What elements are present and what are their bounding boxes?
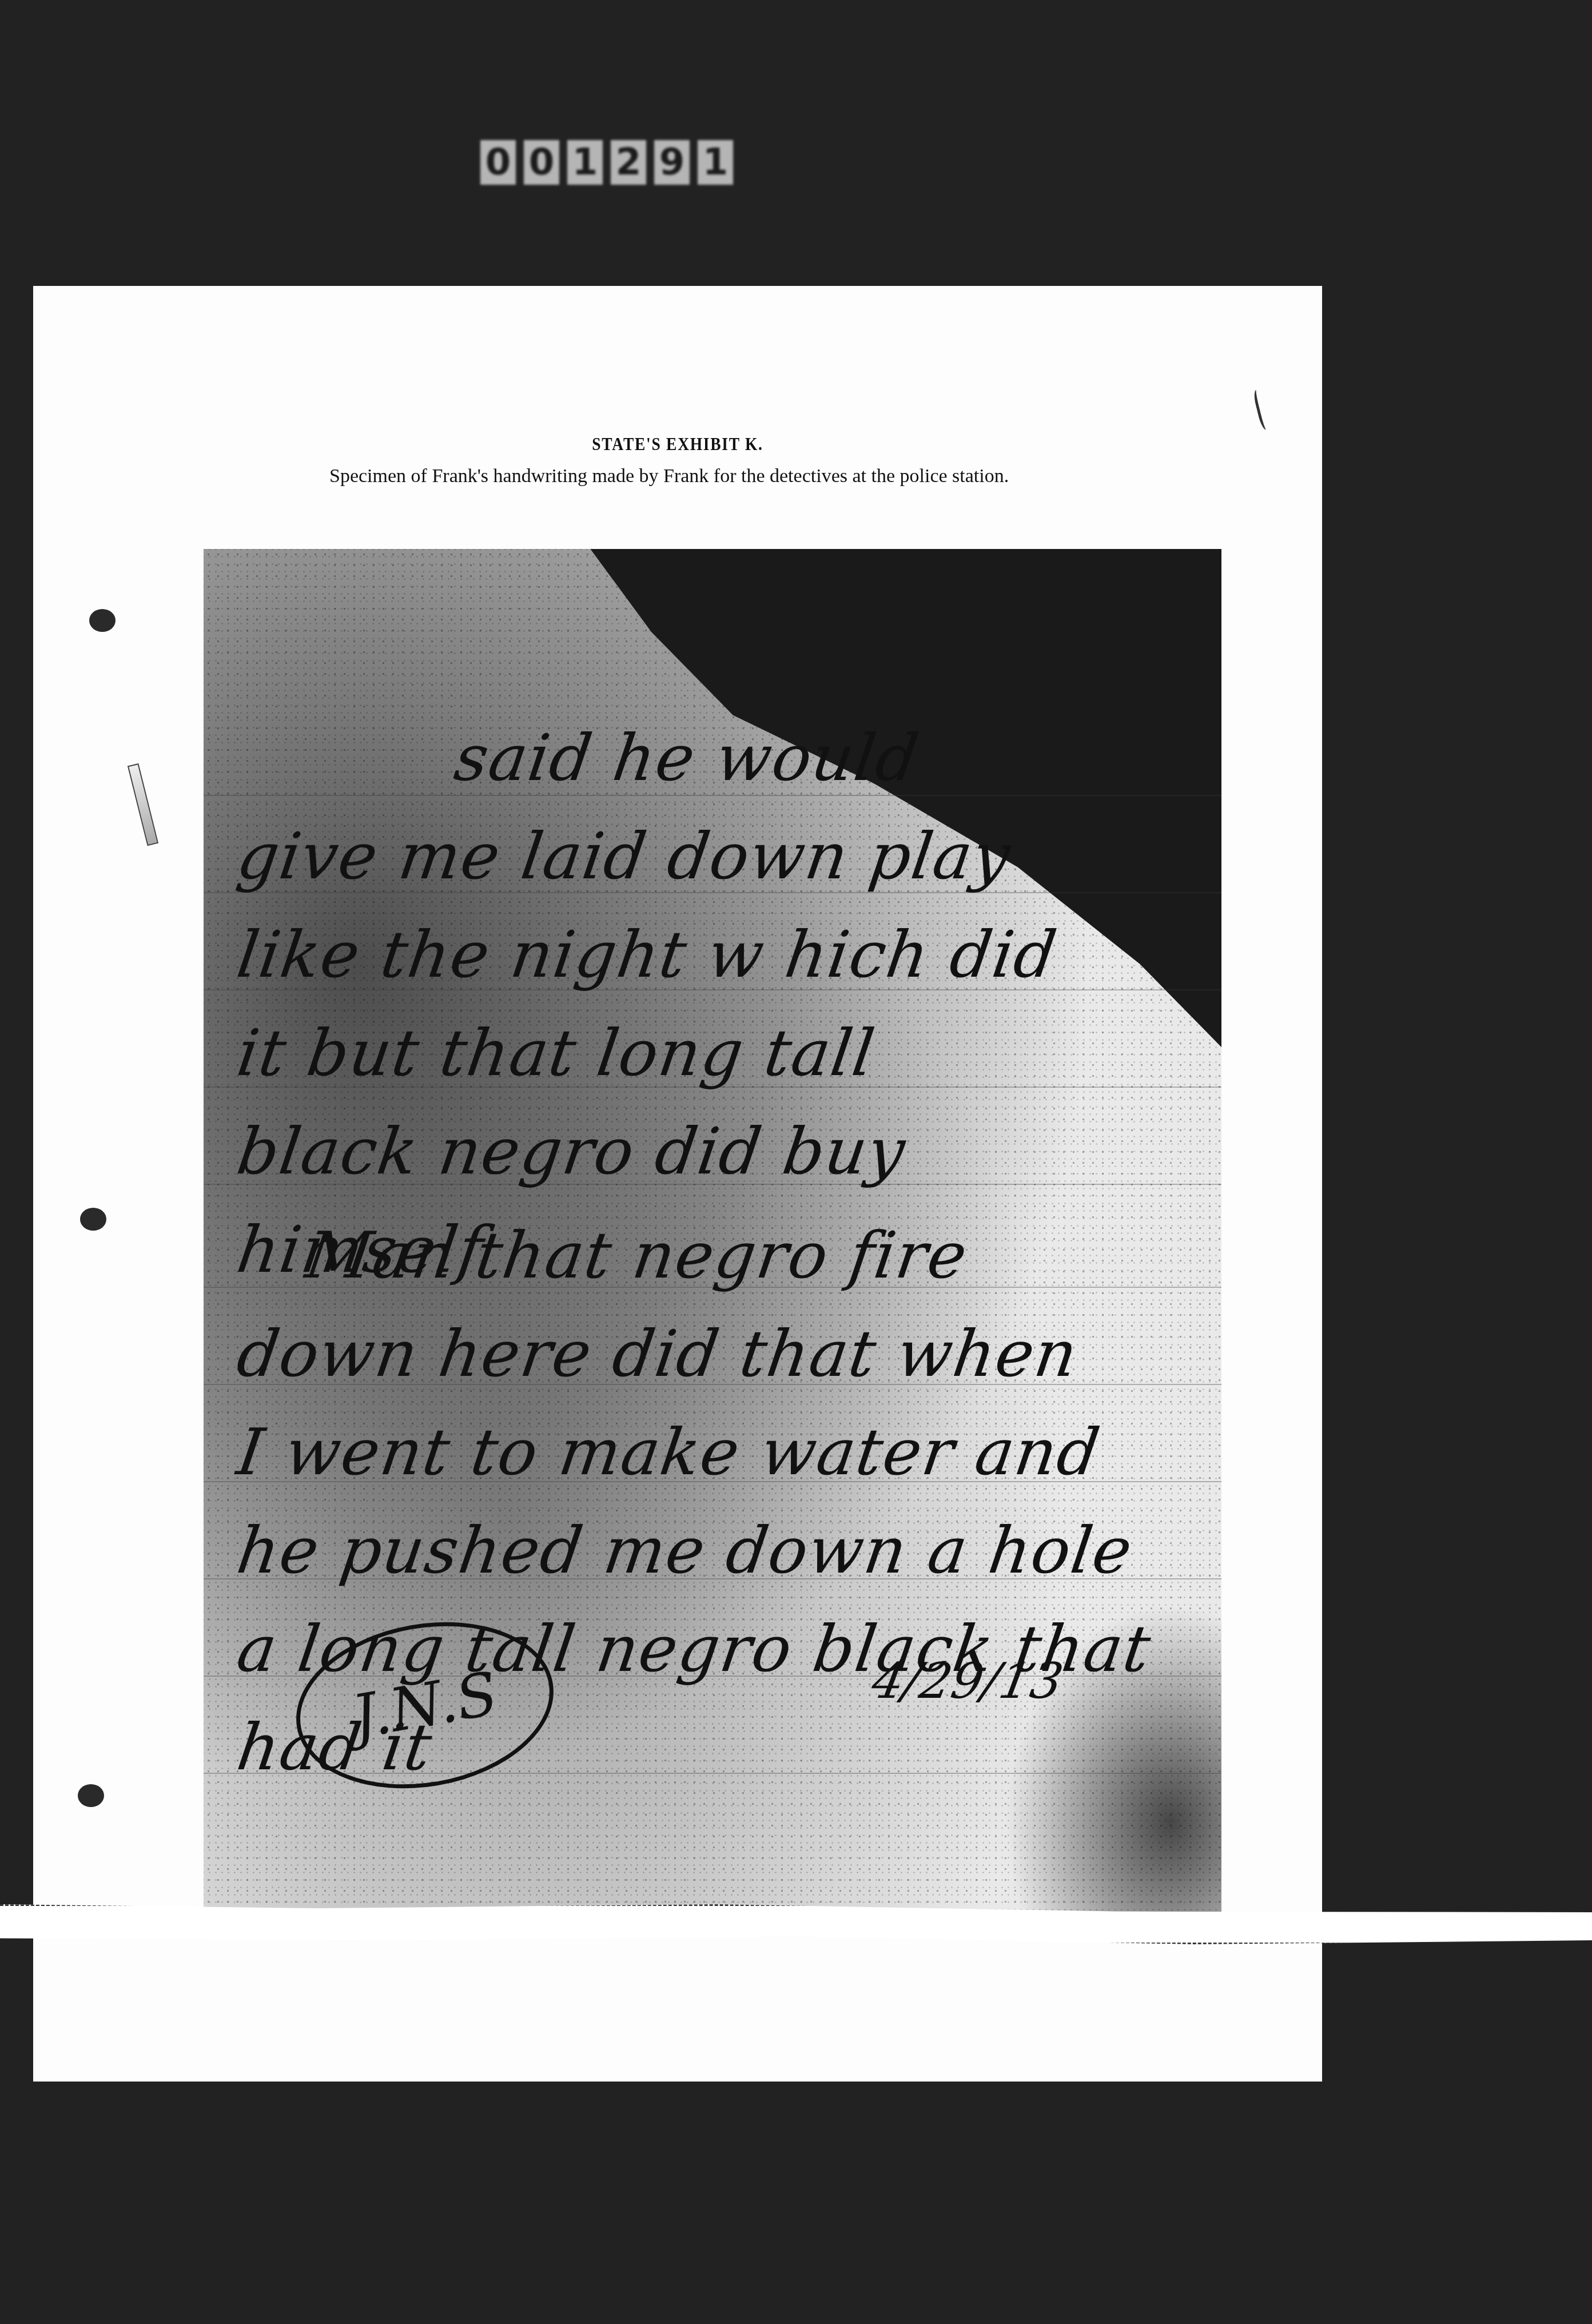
pencil-mark <box>1252 388 1273 431</box>
handwritten-line: give me laid down play <box>231 807 1211 906</box>
handwritten-line: black negro did buy <box>231 1103 1211 1201</box>
handwritten-line: said he would <box>231 709 1211 807</box>
microfilm-frame-number: 0 0 1 2 9 1 <box>480 140 733 185</box>
pin-shadow <box>128 763 158 846</box>
frame-digit: 0 <box>524 140 559 185</box>
handwritten-line: he pushed me down a hole <box>231 1502 1211 1600</box>
initials-text: J.N.S <box>347 1658 503 1752</box>
frame-digit: 1 <box>698 140 733 185</box>
punch-hole <box>78 1784 104 1807</box>
handwriting-photograph: said he would give me laid down play lik… <box>204 549 1221 1933</box>
handwritten-line: Man that negro fire <box>231 1207 1211 1305</box>
document-page: STATE'S EXHIBIT K. Specimen of Frank's h… <box>33 286 1322 2082</box>
punch-hole <box>80 1208 106 1231</box>
frame-digit: 2 <box>611 140 646 185</box>
exhibit-caption: Specimen of Frank's handwriting made by … <box>284 463 1176 490</box>
punch-hole <box>89 609 116 632</box>
handwritten-date: 4/29/13 <box>867 1653 1067 1710</box>
frame-digit: 9 <box>654 140 690 185</box>
frame-digit: 1 <box>567 140 603 185</box>
frame-digit: 0 <box>480 140 516 185</box>
exhibit-title: STATE'S EXHIBIT K. <box>124 433 1232 455</box>
handwritten-line: it but that long tall <box>231 1004 1211 1103</box>
handwritten-line: I went to make water and <box>231 1403 1211 1502</box>
handwritten-line: like the night w hich did <box>231 906 1211 1004</box>
handwritten-line: down here did that when <box>231 1305 1211 1403</box>
